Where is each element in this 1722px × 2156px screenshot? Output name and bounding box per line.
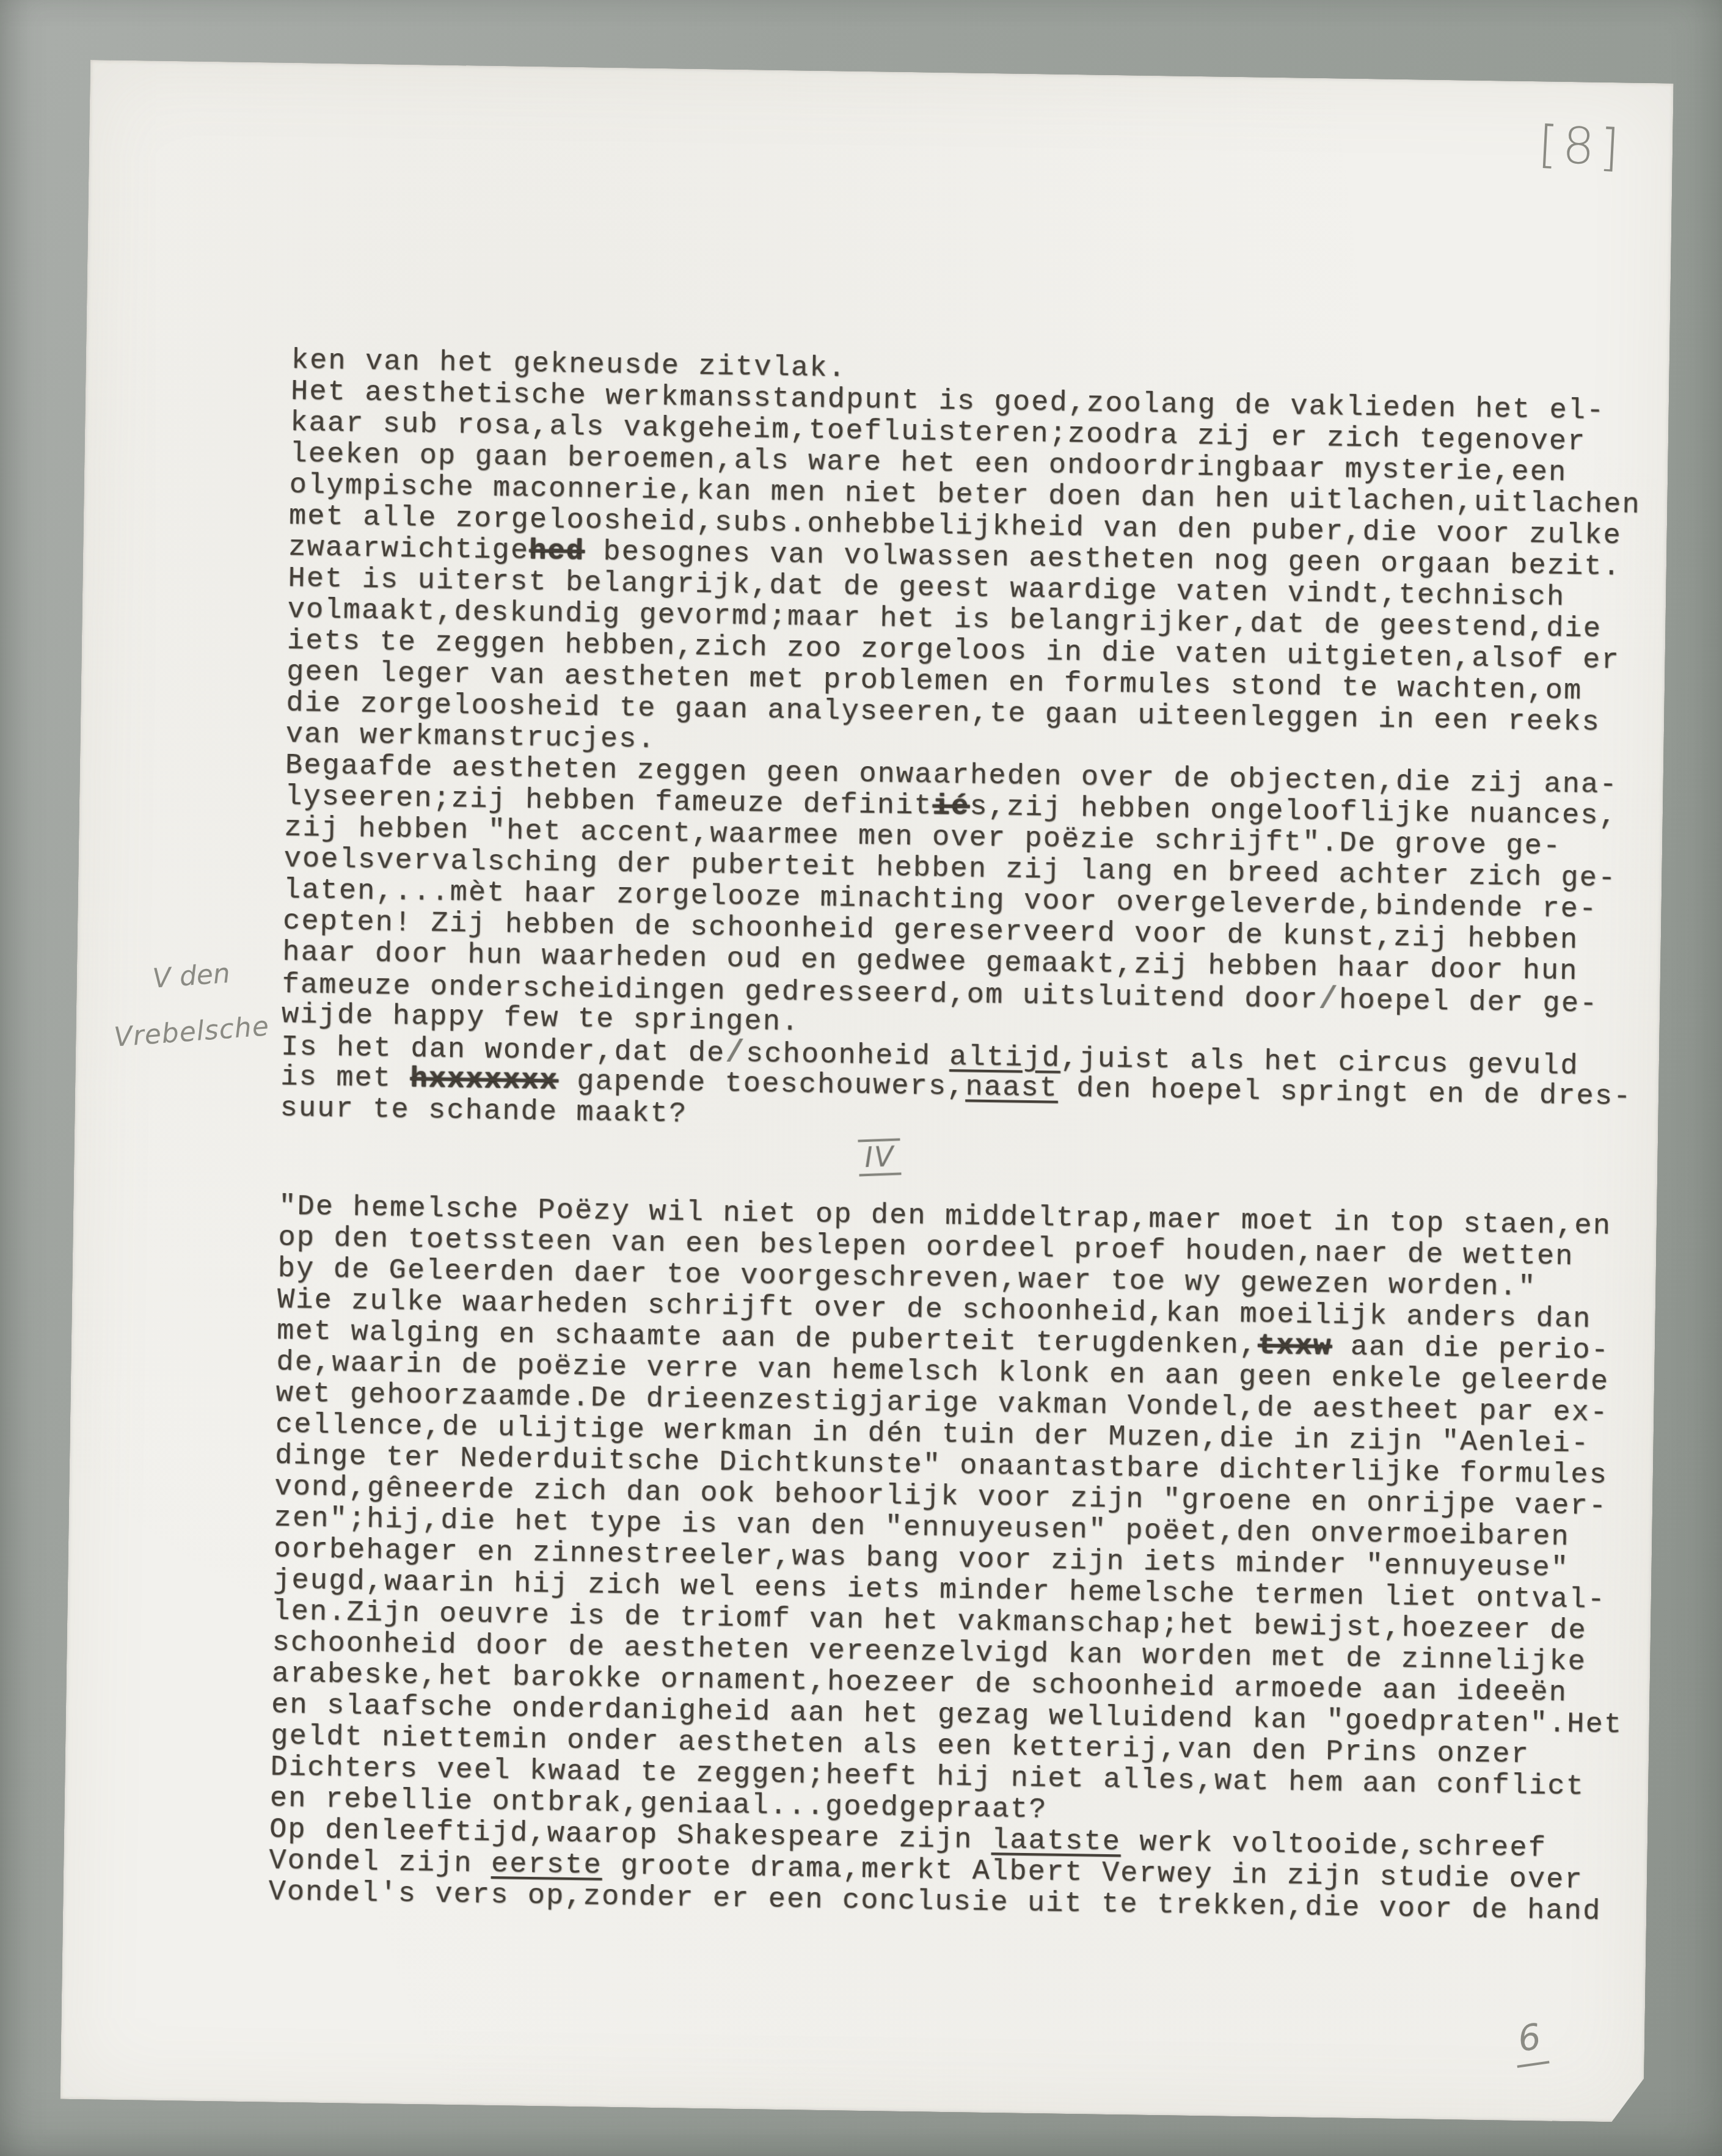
struck-out-word: hxxxxxxx (410, 1063, 558, 1098)
text-segment: is met (280, 1061, 410, 1095)
text-segment: suur te schande maakt? (280, 1092, 687, 1131)
margin-annotation-line-2: Vrebelsche (113, 1010, 271, 1053)
text-segment: Vondel zijn (269, 1845, 491, 1880)
struck-out-word: txxw (1258, 1330, 1332, 1364)
scan-background: [8] V den Vrebelsche ken van het gekneus… (0, 0, 1722, 2156)
text-segment: zwaarwichtige (288, 532, 530, 568)
pencil-insertion-mark: / (725, 1034, 746, 1071)
underlined-word: laatste (991, 1824, 1121, 1858)
document-page: [8] V den Vrebelsche ken van het gekneus… (60, 60, 1673, 2122)
page-number-top: [8] (1537, 115, 1625, 178)
margin-annotation: V den Vrebelsche (109, 956, 270, 1053)
struck-out-word: ié (932, 791, 969, 824)
underlined-word: altijd (949, 1041, 1061, 1075)
underlined-word: naast (965, 1071, 1058, 1105)
page-number-bottom: 6 (1511, 2015, 1550, 2068)
underlined-word: eerste (491, 1848, 603, 1882)
struck-out-word: hed (529, 535, 585, 568)
text-segment: aan die perio- (1332, 1331, 1610, 1367)
pencil-insertion-mark: / (1318, 981, 1340, 1017)
text-block-1: ken van het gekneusde zitvlak.Het aesthe… (280, 345, 1672, 1144)
typewritten-text: ken van het gekneusde zitvlak.Het aesthe… (268, 345, 1672, 1928)
text-block-2: "De hemelsche Poëzy wil niet op den midd… (268, 1191, 1659, 1928)
section-heading: IV (858, 1138, 901, 1177)
text-segment: hoepel der ge- (1339, 984, 1599, 1020)
margin-annotation-line-1: V den (109, 956, 266, 998)
